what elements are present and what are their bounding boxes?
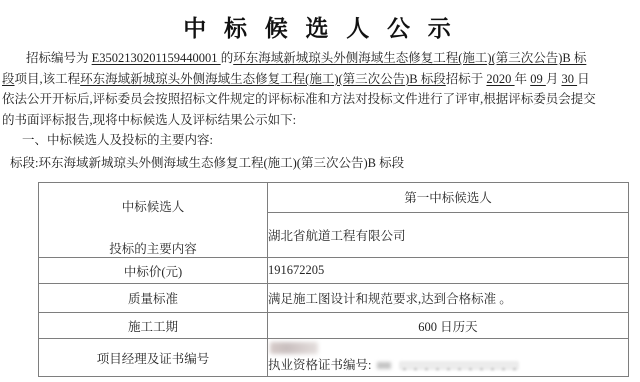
duration-value: 600 日历天: [268, 313, 629, 339]
duration-label: 施工工期: [39, 313, 268, 339]
intro-text: 项目,该工程: [15, 72, 81, 86]
intro-text: 的: [221, 51, 234, 65]
price-value: 191672205: [268, 258, 629, 284]
candidates-table: 中标候选人 投标的主要内容 第一中标候选人 湖北省航道工程有限公司 中标价(元)…: [38, 182, 629, 377]
manager-cell: 执业资格证书编号:: [268, 339, 629, 377]
intro-text: 日: [577, 72, 590, 86]
row-header-candidate-cell: 中标候选人 投标的主要内容: [39, 183, 268, 258]
intro-text: 招标编号为: [26, 51, 92, 65]
bid-month: 09: [530, 72, 546, 86]
table-row: 中标候选人 投标的主要内容 第一中标候选人: [39, 183, 629, 213]
intro-paragraph: 招标编号为 E3502130201159440001 的环东海域新城琼头外侧海域…: [2, 48, 638, 151]
redacted-manager-name: [270, 342, 318, 354]
bid-content-label: 投标的主要内容: [39, 239, 267, 257]
project-name-wrap: 段: [2, 72, 15, 86]
quality-value: 满足施工图设计和规范要求,达到合格标准 。: [268, 284, 629, 313]
intro-text: 招标于: [446, 72, 487, 86]
intro-line-2: 段项目,该工程环东海域新城琼头外侧海域生态修复工程(施工)(第三次公告)B 标段…: [2, 69, 638, 90]
table-row: 质量标准 满足施工图设计和规范要求,达到合格标准 。: [39, 284, 629, 313]
candidate-label: 中标候选人: [39, 197, 267, 215]
project-name-underlined: 环东海域新城琼头外侧海域生态修复工程(施工)(第三次公告)B 标: [233, 51, 586, 65]
manager-label: 项目经理及证书编号: [39, 339, 268, 377]
section-label: 标段:环东海域新城琼头外侧海域生态修复工程(施工)(第三次公告)B 标段: [2, 153, 638, 174]
announcement-document: 中 标 候 选 人 公 示 招标编号为 E3502130201159440001…: [0, 10, 640, 377]
intro-line-5: 一、中标候选人及投标的主要内容:: [2, 130, 638, 151]
intro-line-4: 的书面评标报告,现将中标候选人及评标结果公示如下:: [2, 110, 638, 131]
table-row: 施工工期 600 日历天: [39, 313, 629, 339]
intro-line-1: 招标编号为 E3502130201159440001 的环东海域新城琼头外侧海域…: [2, 48, 638, 69]
table-row: 项目经理及证书编号 执业资格证书编号:: [39, 339, 629, 377]
quality-label: 质量标准: [39, 284, 268, 313]
bid-day: 30: [561, 72, 577, 86]
redacted-cert-smudge: [377, 362, 391, 369]
bid-year: 2020: [486, 72, 514, 86]
project-name-underlined: 环东海域新城琼头外侧海域生态修复工程(施工)(第三次公告)B 标段: [80, 72, 446, 86]
page-title: 中 标 候 选 人 公 示: [2, 10, 638, 43]
intro-text: 年: [515, 72, 531, 86]
price-label: 中标价(元): [39, 258, 268, 284]
first-candidate-header: 第一中标候选人: [268, 183, 629, 213]
redacted-cert-number: [399, 361, 519, 370]
page: { "page": { "background": "#ffffff", "te…: [0, 0, 640, 382]
cert-line: 执业资格证书编号:: [268, 357, 628, 373]
bid-number: E3502130201159440001: [92, 51, 221, 65]
intro-text: 月: [546, 72, 562, 86]
intro-line-3: 依法公开开标后,评标委员会按照招标文件规定的评标标准和方法对投标文件进行了评审,…: [2, 89, 638, 110]
company-name: 湖北省航道工程有限公司: [268, 212, 629, 257]
table-row: 中标价(元) 191672205: [39, 258, 629, 284]
cert-label: 执业资格证书编号:: [268, 357, 371, 373]
